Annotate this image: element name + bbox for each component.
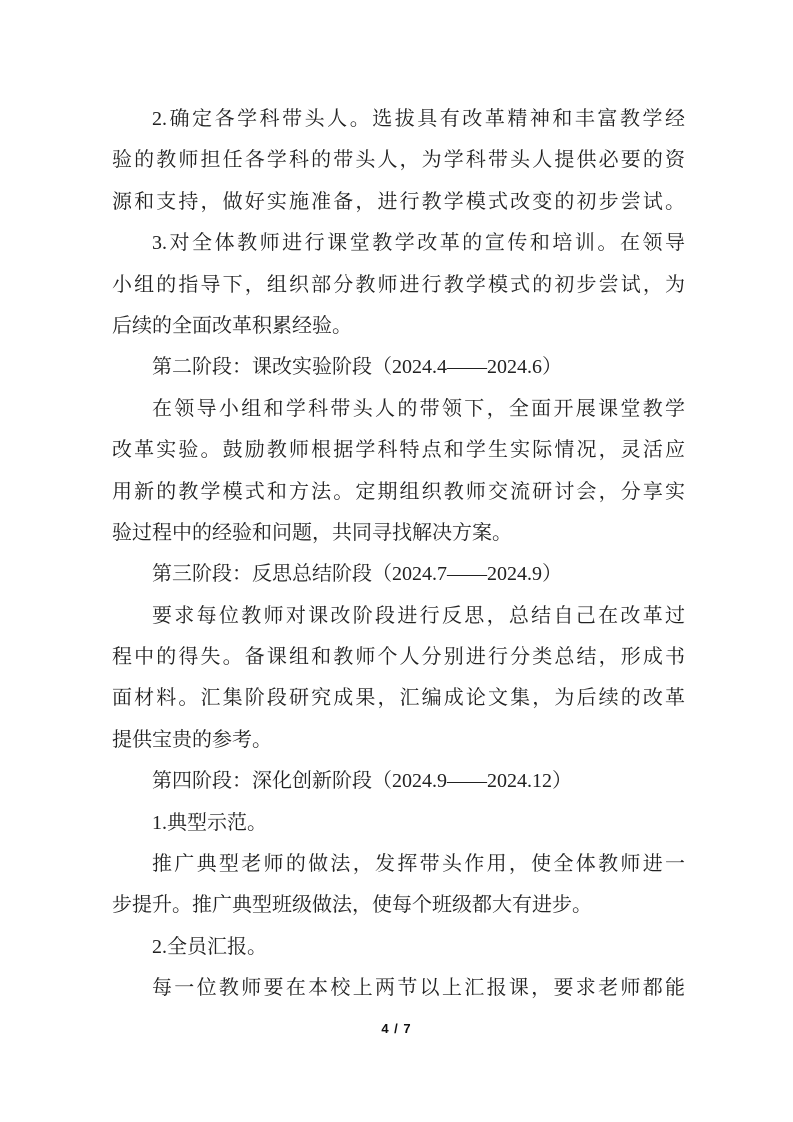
- text-line: 3.对全体教师进行课堂教学改革的宣传和培训。在领导: [112, 223, 685, 264]
- text-line: 在领导小组和学科带头人的带领下，全面开展课堂教学: [112, 389, 685, 430]
- paragraph: 要求每位教师对课改阶段进行反思，总结自己在改革过 程中的得失。备课组和教师个人分…: [112, 596, 685, 762]
- paragraph-list-item: 1.典型示范。: [112, 803, 685, 844]
- text-line: 提供宝贵的参考。: [112, 720, 685, 761]
- document-body: 2.确定各学科带头人。选拔具有改革精神和丰富教学经 验的教师担任各学科的带头人，…: [112, 99, 685, 1010]
- paragraph: 2.确定各学科带头人。选拔具有改革精神和丰富教学经 验的教师担任各学科的带头人，…: [112, 99, 685, 223]
- text-line: 用新的教学模式和方法。定期组织教师交流研讨会，分享实: [112, 472, 685, 513]
- paragraph: 每一位教师要在本校上两节以上汇报课，要求老师都能: [112, 968, 685, 1009]
- text-line: 第二阶段：课改实验阶段（2024.4——2024.6）: [112, 347, 685, 388]
- document-page: 2.确定各学科带头人。选拔具有改革精神和丰富教学经 验的教师担任各学科的带头人，…: [0, 0, 793, 1122]
- paragraph-list-item: 2.全员汇报。: [112, 927, 685, 968]
- text-line: 程中的得失。备课组和教师个人分别进行分类总结，形成书: [112, 637, 685, 678]
- paragraph: 推广典型老师的做法，发挥带头作用，使全体教师进一 步提升。推广典型班级做法，使每…: [112, 844, 685, 927]
- text-line: 要求每位教师对课改阶段进行反思，总结自己在改革过: [112, 596, 685, 637]
- text-line: 面材料。汇集阶段研究成果，汇编成论文集，为后续的改革: [112, 678, 685, 719]
- paragraph: 3.对全体教师进行课堂教学改革的宣传和培训。在领导 小组的指导下，组织部分教师进…: [112, 223, 685, 347]
- text-line: 源和支持，做好实施准备，进行教学模式改变的初步尝试。: [112, 182, 685, 223]
- text-line: 推广典型老师的做法，发挥带头作用，使全体教师进一: [112, 844, 685, 885]
- page-footer: 4 / 7: [0, 1020, 793, 1038]
- text-line: 小组的指导下，组织部分教师进行教学模式的初步尝试，为: [112, 265, 685, 306]
- text-line: 1.典型示范。: [112, 803, 685, 844]
- paragraph: 在领导小组和学科带头人的带领下，全面开展课堂教学 改革实验。鼓励教师根据学科特点…: [112, 389, 685, 555]
- text-line: 验的教师担任各学科的带头人，为学科带头人提供必要的资: [112, 140, 685, 181]
- text-line: 第四阶段：深化创新阶段（2024.9——2024.12）: [112, 761, 685, 802]
- text-line: 验过程中的经验和问题，共同寻找解决方案。: [112, 513, 685, 554]
- paragraph-stage-heading: 第二阶段：课改实验阶段（2024.4——2024.6）: [112, 347, 685, 388]
- paragraph-stage-heading: 第三阶段：反思总结阶段（2024.7——2024.9）: [112, 554, 685, 595]
- page-number: 4 / 7: [381, 1021, 411, 1036]
- text-line: 2.确定各学科带头人。选拔具有改革精神和丰富教学经: [112, 99, 685, 140]
- text-line: 每一位教师要在本校上两节以上汇报课，要求老师都能: [112, 968, 685, 1009]
- text-line: 步提升。推广典型班级做法，使每个班级都大有进步。: [112, 885, 685, 926]
- text-line: 第三阶段：反思总结阶段（2024.7——2024.9）: [112, 554, 685, 595]
- text-line: 2.全员汇报。: [112, 927, 685, 968]
- text-line: 改革实验。鼓励教师根据学科特点和学生实际情况，灵活应: [112, 430, 685, 471]
- paragraph-stage-heading: 第四阶段：深化创新阶段（2024.9——2024.12）: [112, 761, 685, 802]
- text-line: 后续的全面改革积累经验。: [112, 306, 685, 347]
